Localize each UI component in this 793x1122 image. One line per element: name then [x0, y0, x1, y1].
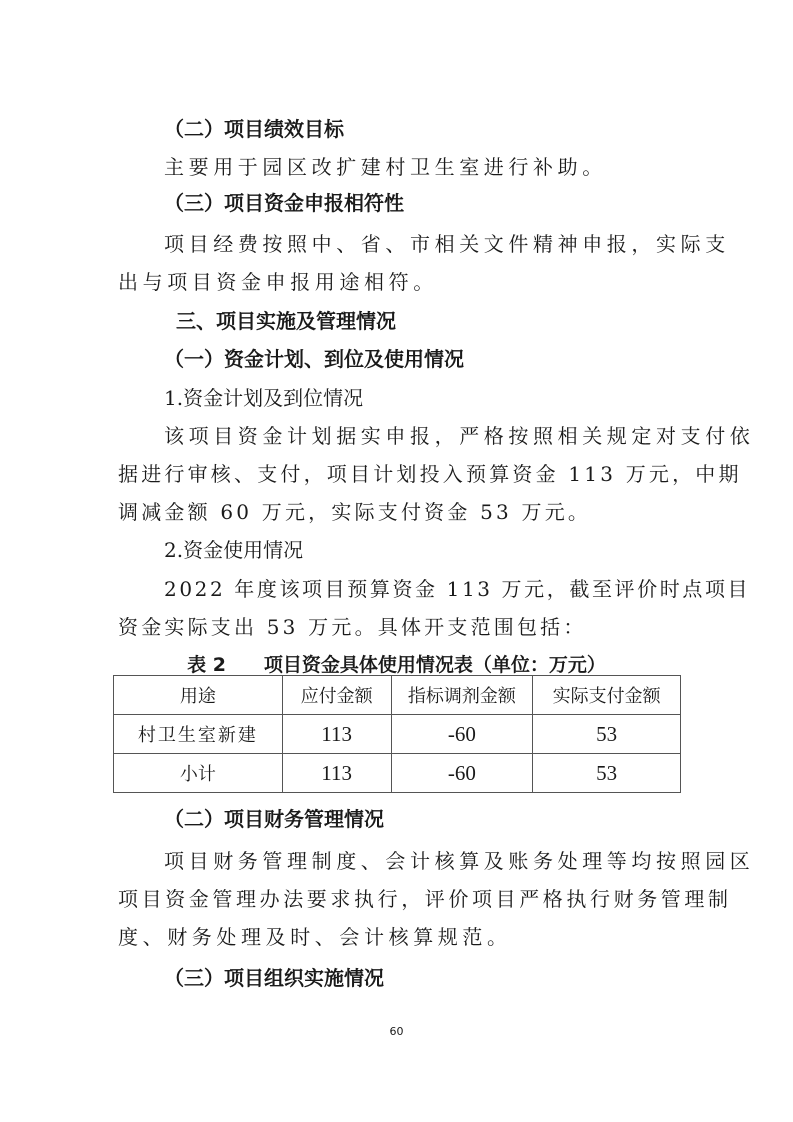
cell-payable: 113	[282, 715, 391, 754]
paragraph-financial-line3: 度、财务处理及时、会计核算规范。	[118, 925, 512, 949]
cell-adjustment: -60	[391, 715, 533, 754]
cell-purpose: 小计	[114, 754, 283, 793]
heading-fund-consistency: （三）项目资金申报相符性	[164, 191, 404, 215]
header-payable: 应付金额	[282, 676, 391, 715]
cell-actual-paid: 53	[533, 715, 681, 754]
item-fund-use-title: 2.资金使用情况	[164, 538, 303, 562]
header-actual-paid: 实际支付金额	[533, 676, 681, 715]
paragraph-fund-plan-line1: 该项目资金计划据实申报，严格按照相关规定对支付依	[164, 424, 754, 448]
page-number: 60	[0, 1025, 793, 1038]
cell-payable: 113	[282, 754, 391, 793]
fund-usage-table: 用途 应付金额 指标调剂金额 实际支付金额 村卫生室新建 113 -60 53 …	[113, 675, 681, 793]
paragraph-fund-use-line2: 资金实际支出 53 万元。具体开支范围包括：	[118, 615, 587, 639]
paragraph-fund-consistency-line2: 出与项目资金申报用途相符。	[118, 270, 438, 294]
heading-implementation: 三、项目实施及管理情况	[176, 309, 396, 333]
table-row-subtotal: 小计 113 -60 53	[114, 754, 681, 793]
paragraph-fund-consistency-line1: 项目经费按照中、省、市相关文件精神申报，实际支	[164, 232, 730, 256]
item-fund-plan-title: 1.资金计划及到位情况	[164, 386, 363, 410]
header-adjustment: 指标调剂金额	[391, 676, 533, 715]
heading-performance-goal: （二）项目绩效目标	[164, 117, 344, 141]
cell-purpose: 村卫生室新建	[114, 715, 283, 754]
heading-fund-plan: （一）资金计划、到位及使用情况	[164, 347, 464, 371]
paragraph-fund-plan-line2: 据进行审核、支付，项目计划投入预算资金 113 万元，中期	[118, 462, 742, 486]
cell-adjustment: -60	[391, 754, 533, 793]
table-caption: 表 2 项目资金具体使用情况表（单位：万元）	[0, 650, 793, 677]
paragraph-financial-line1: 项目财务管理制度、会计核算及账务处理等均按照园区	[164, 849, 754, 873]
cell-actual-paid: 53	[533, 754, 681, 793]
table-header-row: 用途 应付金额 指标调剂金额 实际支付金额	[114, 676, 681, 715]
paragraph-financial-line2: 项目资金管理办法要求执行，评价项目严格执行财务管理制	[118, 887, 732, 911]
paragraph-performance-goal: 主要用于园区改扩建村卫生室进行补助。	[164, 155, 607, 179]
table-row: 村卫生室新建 113 -60 53	[114, 715, 681, 754]
paragraph-fund-plan-line3: 调减金额 60 万元，实际支付资金 53 万元。	[118, 500, 591, 524]
header-purpose: 用途	[114, 676, 283, 715]
paragraph-fund-use-line1: 2022 年度该项目预算资金 113 万元，截至评价时点项目	[164, 577, 750, 601]
heading-organization: （三）项目组织实施情况	[164, 966, 384, 990]
heading-financial-management: （二）项目财务管理情况	[164, 807, 384, 831]
